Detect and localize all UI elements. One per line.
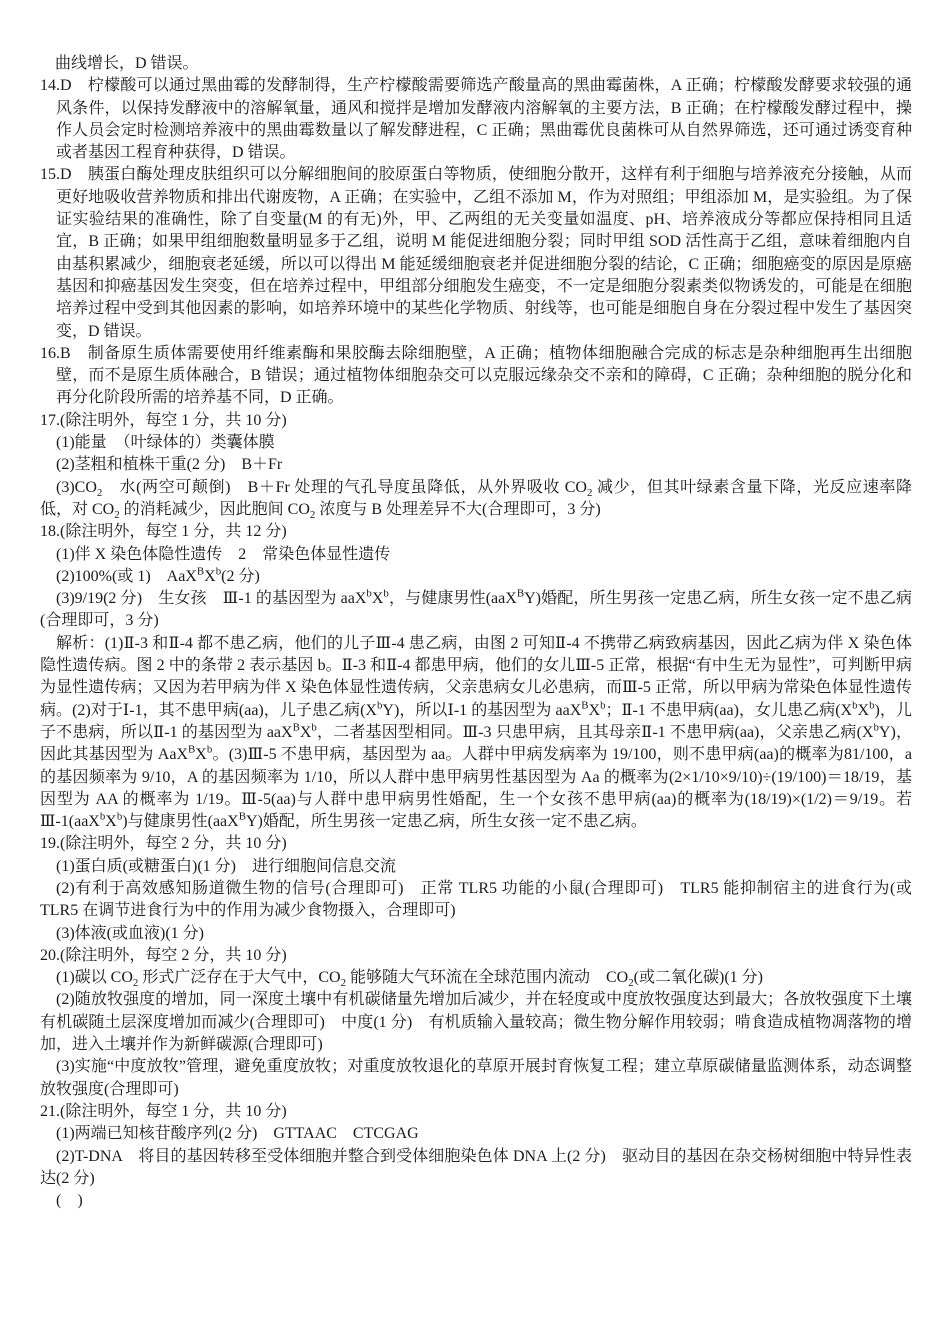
answer-19-1: (1)蛋白质(或糖蛋白)(1 分) 进行细胞间信息交流 [40, 856, 912, 878]
answer-17-3: (3)CO2 水(两空可颠倒) B＋Fr 处理的气孔导度虽降低，从外界吸收 CO… [40, 477, 912, 522]
answer-19-2: (2)有利于高效感知肠道微生物的信号(合理即可) 正常 TLR5 功能的小鼠(合… [40, 878, 912, 923]
section-18-header: 18.(除注明外，每空 1 分，共 12 分) [40, 521, 912, 543]
answer-18-3: (3)9/19(2 分) 生女孩 Ⅲ-1 的基因型为 aaXbXb，与健康男性(… [40, 588, 912, 633]
answer-19-3: (3)体液(或血液)(1 分) [40, 923, 912, 945]
section-21-header: 21.(除注明外，每空 1 分，共 10 分) [40, 1101, 912, 1123]
section-19-header: 19.(除注明外，每空 2 分，共 10 分) [40, 833, 912, 855]
answer-18-1: (1)伴 X 染色体隐性遗传 2 常染色体显性遗传 [40, 544, 912, 566]
answer-18-2: (2)100%(或 1) AaXBXb(2 分) [40, 566, 912, 588]
answer-20-1: (1)碳以 CO2 形式广泛存在于大气中，CO2 能够随大气环流在全球范围内流动… [40, 967, 912, 989]
answer-20-3: (3)实施“中度放牧”管理，避免重度放牧；对重度放牧退化的草原开展封育恢复工程；… [40, 1056, 912, 1101]
answer-15: 15.D 胰蛋白酶处理皮肤组织可以分解细胞间的胶原蛋白等物质，使细胞分散开，这样… [40, 164, 912, 342]
answer-21-2: (2)T-DNA 将目的基因转移至受体细胞并整合到受体细胞染色体 DNA 上(2… [40, 1146, 912, 1191]
answer-16: 16.B 制备原生质体需要使用纤维素酶和果胶酶去除细胞壁，A 正确；植物体细胞融… [40, 343, 912, 410]
answer-18-analysis: 解析：(1)Ⅱ-3 和Ⅱ-4 都不患乙病，他们的儿子Ⅲ-4 患乙病，由图 2 可… [40, 633, 912, 834]
answer-20-2: (2)随放牧强度的增加，同一深度土壤中有机碳储量先增加后减少，并在轻度或中度放牧… [40, 989, 912, 1056]
section-17-header: 17.(除注明外，每空 1 分，共 10 分) [40, 410, 912, 432]
section-20-header: 20.(除注明外，每空 2 分，共 10 分) [40, 945, 912, 967]
answer-17-2: (2)茎粗和植株干重(2 分) B＋Fr [40, 454, 912, 476]
answer-13-continuation: 曲线增长，D 错误。 [40, 53, 912, 75]
answer-21-3-blank: ( ) [40, 1190, 912, 1212]
answer-14: 14.D 柠檬酸可以通过黑曲霉的发酵制得，生产柠檬酸需要筛选产酸量高的黑曲霉菌株… [40, 75, 912, 164]
answer-21-1: (1)两端已知核苷酸序列(2 分) GTTAAC CTCGAG [40, 1123, 912, 1145]
answer-17-1: (1)能量 （叶绿体的）类囊体膜 [40, 432, 912, 454]
answer-sheet-page: 曲线增长，D 错误。 14.D 柠檬酸可以通过黑曲霉的发酵制得，生产柠檬酸需要筛… [0, 0, 950, 1333]
